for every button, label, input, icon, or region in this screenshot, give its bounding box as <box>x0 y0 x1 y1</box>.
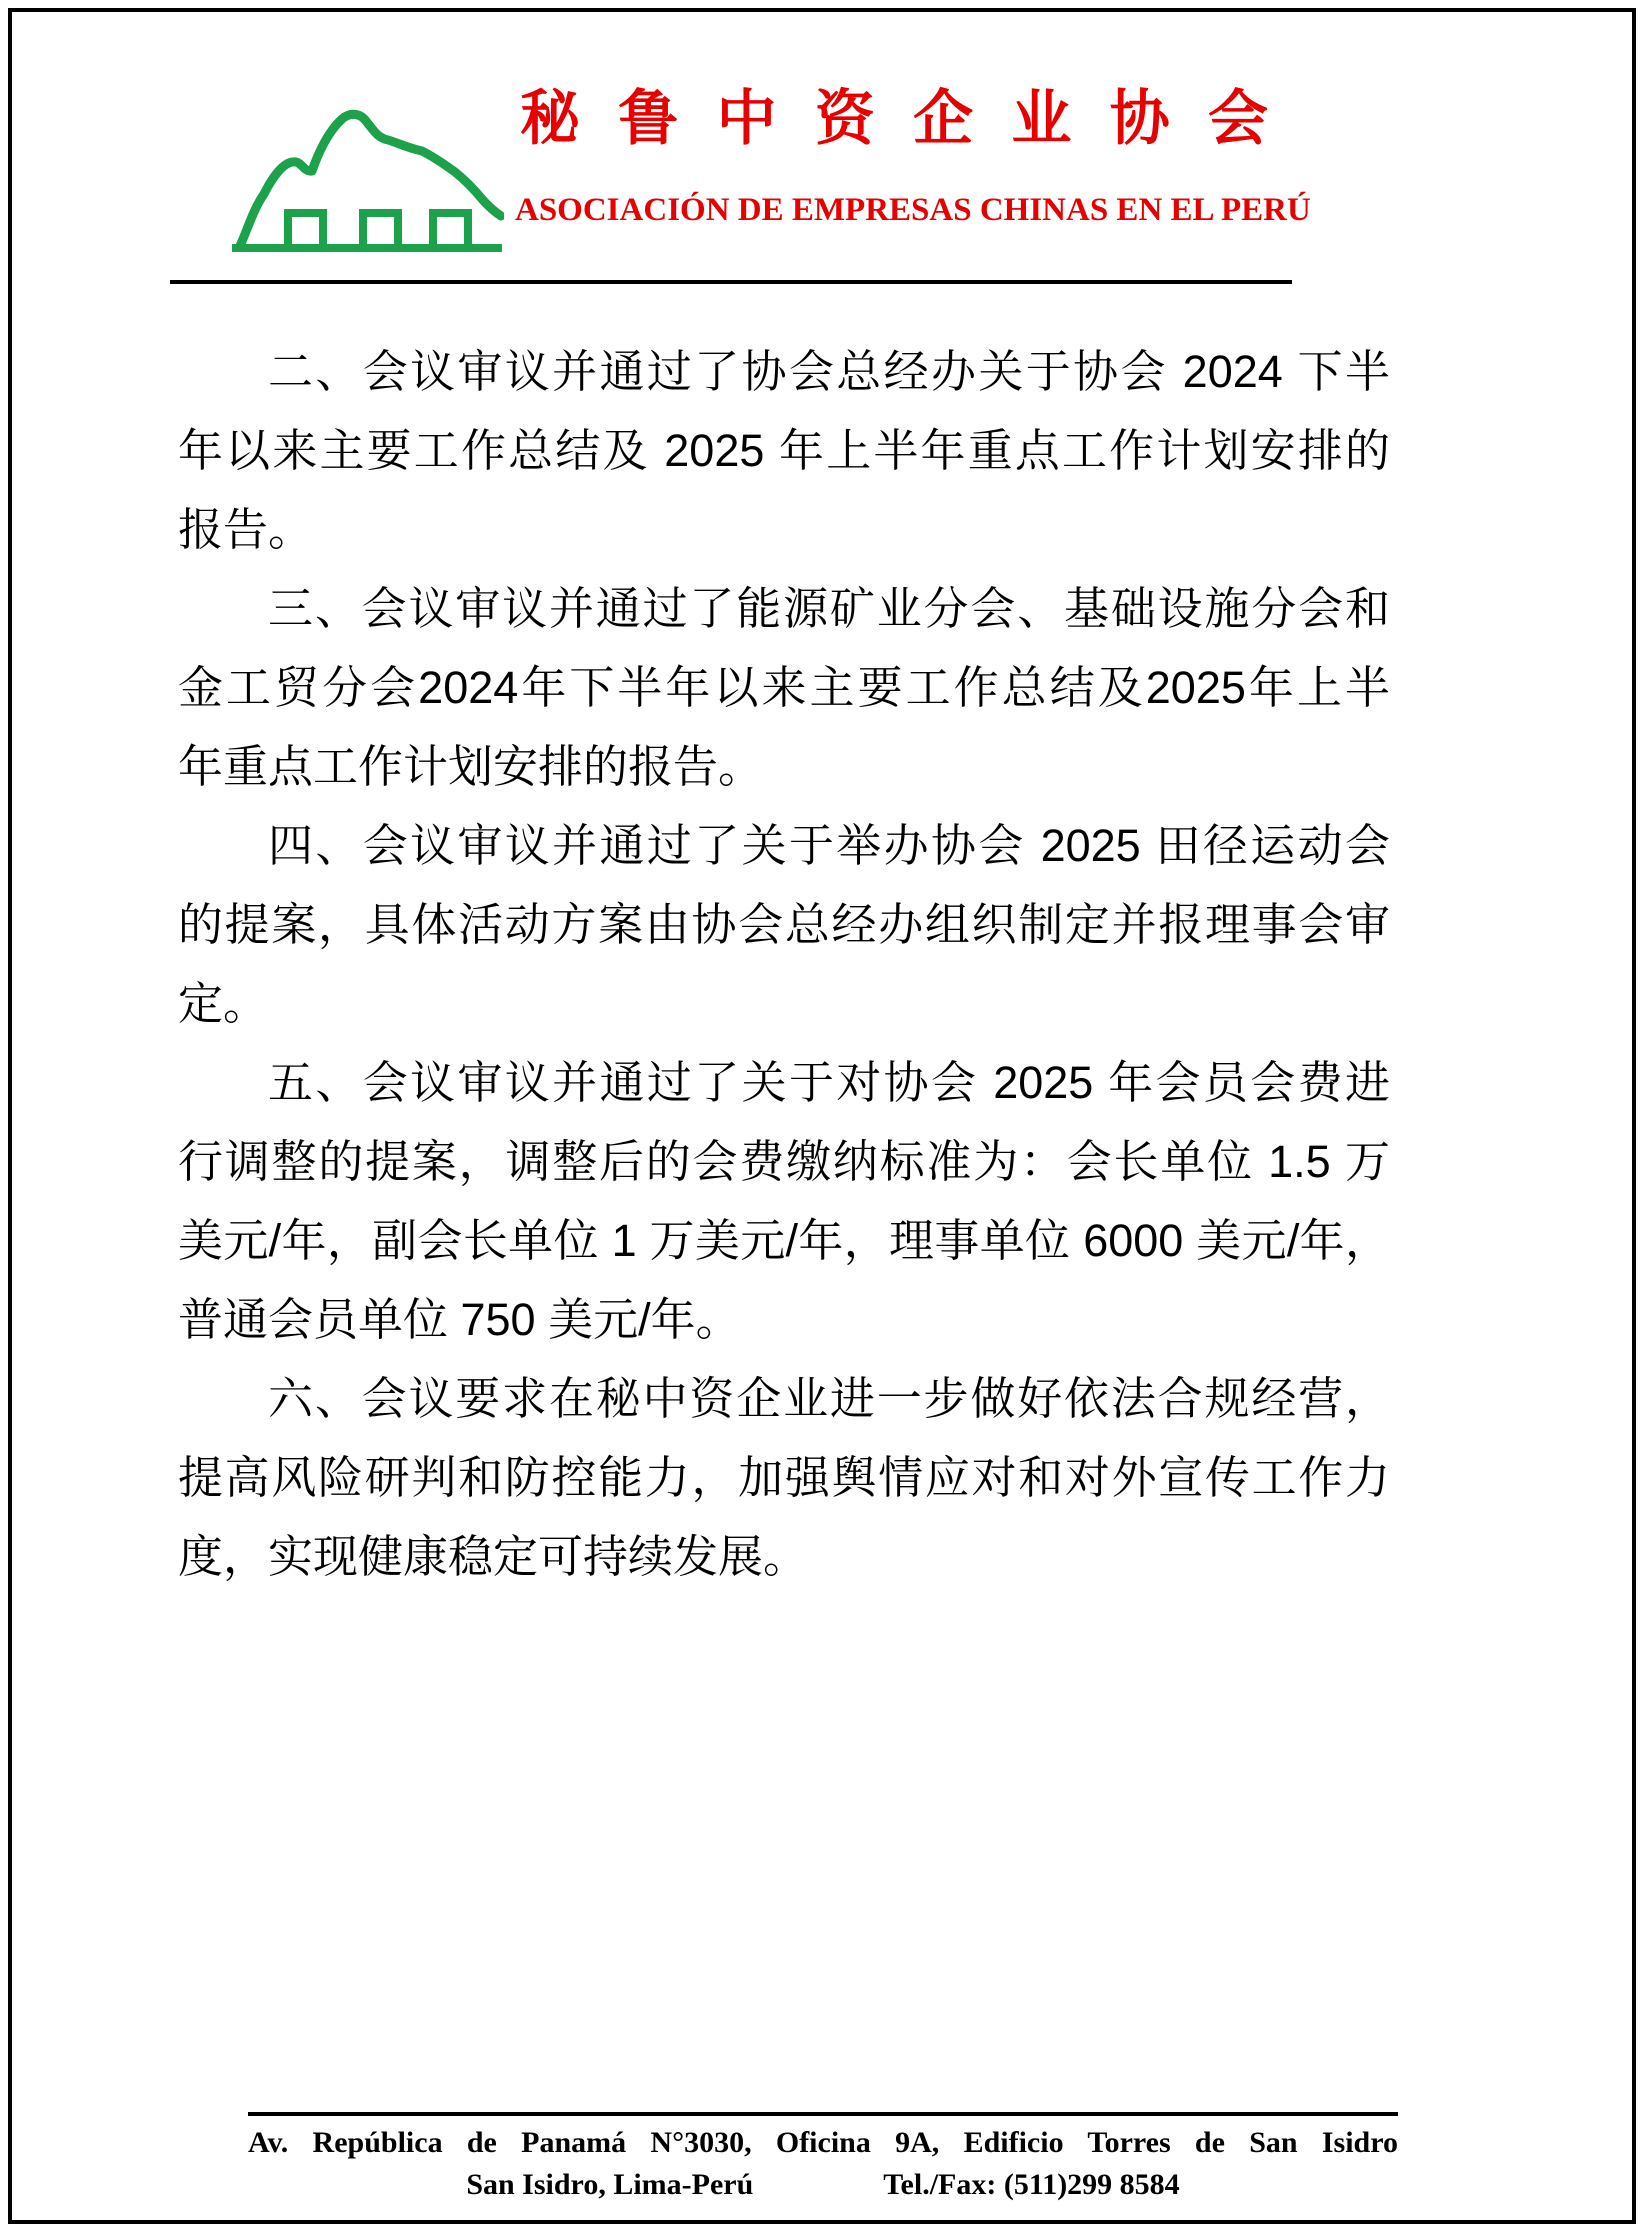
header-divider <box>170 280 1292 284</box>
paragraph-line: 提高风险研判和防控能力，加强舆情应对和对外宣传工作力 <box>178 1438 1390 1517</box>
paragraph-line: 三、会议审议并通过了能源矿业分会、基础设施分会和 <box>178 569 1390 648</box>
document-page: 秘 鲁 中 资 企 业 协 会 ASOCIACIÓN DE EMPRESAS C… <box>0 0 1644 2232</box>
footer-city: San Isidro, Lima-Perú <box>466 2164 753 2206</box>
document-body: 二、会议审议并通过了协会总经办关于协会 2024 下半 年以来主要工作总结及 2… <box>178 332 1390 1596</box>
footer-divider <box>248 2112 1398 2116</box>
paragraph-line: 度，实现健康稳定可持续发展。 <box>178 1517 1390 1596</box>
paragraph-line: 年以来主要工作总结及 2025 年上半年重点工作计划安排的 <box>178 411 1390 490</box>
paragraph-line: 四、会议审议并通过了关于举办协会 2025 田径运动会 <box>178 806 1390 885</box>
footer-contact: San Isidro, Lima-Perú Tel./Fax: (511)299… <box>248 2164 1398 2206</box>
paragraph-line: 行调整的提案，调整后的会费缴纳标准为：会长单位 1.5 万 <box>178 1122 1390 1201</box>
paragraph-line: 普通会员单位 750 美元/年。 <box>178 1280 1390 1359</box>
association-title-chinese: 秘 鲁 中 资 企 业 协 会 <box>520 84 1268 154</box>
paragraph-line: 美元/年，副会长单位 1 万美元/年，理事单位 6000 美元/年， <box>178 1201 1390 1280</box>
association-title-spanish: ASOCIACIÓN DE EMPRESAS CHINAS EN EL PERÚ <box>515 190 1287 230</box>
paragraph-line: 五、会议审议并通过了关于对协会 2025 年会员会费进 <box>178 1043 1390 1122</box>
footer-telfax: Tel./Fax: (511)299 8584 <box>883 2164 1179 2206</box>
mountain-wall-logo-icon <box>172 86 504 258</box>
paragraph-line: 六、会议要求在秘中资企业进一步做好依法合规经营， <box>178 1359 1390 1438</box>
paragraph-line: 二、会议审议并通过了协会总经办关于协会 2024 下半 <box>178 332 1390 411</box>
paragraph-line: 金工贸分会2024年下半年以来主要工作总结及2025年上半 <box>178 648 1390 727</box>
paragraph-line: 报告。 <box>178 490 1390 569</box>
paragraph-line: 年重点工作计划安排的报告。 <box>178 727 1390 806</box>
paragraph-line: 定。 <box>178 964 1390 1043</box>
footer-address: Av. República de Panamá N°3030, Oficina … <box>248 2122 1398 2164</box>
paragraph-line: 的提案，具体活动方案由协会总经办组织制定并报理事会审 <box>178 885 1390 964</box>
